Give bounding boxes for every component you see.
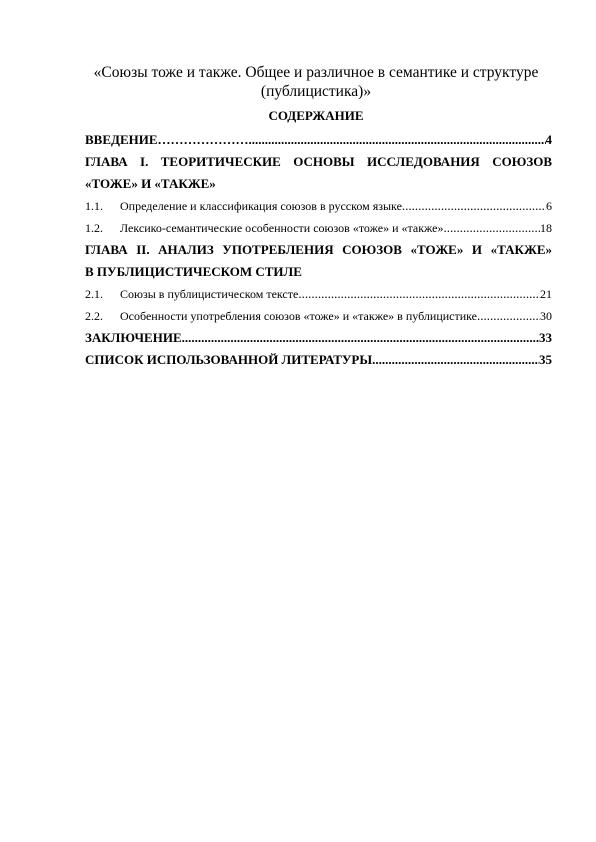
toc-entry-label: В ПУБЛИЦИСТИЧЕСКОМ СТИЛЕ bbox=[85, 261, 302, 283]
toc-leader-dots bbox=[444, 217, 540, 239]
toc-leader-dots bbox=[402, 195, 546, 217]
toc-page-number: 30 bbox=[540, 305, 552, 327]
title-line-2: (публицистика)» bbox=[80, 82, 552, 101]
toc-leader-dots bbox=[249, 129, 546, 151]
toc-entry-2-1[interactable]: 2.1. Союзы в публицистическом тексте 21 bbox=[85, 283, 552, 305]
toc-entry-label: СПИСОК ИСПОЛЬЗОВАННОЙ ЛИТЕРАТУРЫ bbox=[85, 349, 372, 371]
toc-entry-label: «ТОЖЕ» И «ТАКЖЕ» bbox=[85, 173, 216, 195]
toc-leader-dots bbox=[298, 283, 540, 305]
document-title: «Союзы тоже и также. Общее и различное в… bbox=[80, 63, 552, 101]
toc-entry-number: 1.1. bbox=[85, 195, 120, 217]
toc-page-number: 21 bbox=[540, 283, 552, 305]
toc-entry-1-1[interactable]: 1.1. Определение и классификация союзов … bbox=[85, 195, 552, 217]
toc-entry-label: ВВЕДЕНИЕ………………… bbox=[85, 129, 249, 151]
toc-page-number: 35 bbox=[539, 349, 552, 371]
toc-entry-conclusion[interactable]: ЗАКЛЮЧЕНИЕ 33 bbox=[85, 327, 552, 349]
toc-leader-dots bbox=[372, 349, 539, 371]
toc-entry-chapter-1[interactable]: ГЛАВА I. ТЕОРИТИЧЕСКИЕ ОСНОВЫ ИССЛЕДОВАН… bbox=[85, 151, 552, 173]
contents-heading: СОДЕРЖАНИЕ bbox=[80, 108, 552, 124]
toc-page-number: 33 bbox=[539, 327, 552, 349]
toc-page-number: 4 bbox=[546, 129, 553, 151]
toc-entry-number: 2.2. bbox=[85, 305, 120, 327]
toc-entry-label: ЗАКЛЮЧЕНИЕ bbox=[85, 327, 182, 349]
toc-entry-1-2[interactable]: 1.2. Лексико-семантические особенности с… bbox=[85, 217, 552, 239]
toc-entry-number: 2.1. bbox=[85, 283, 120, 305]
toc-page-number: 6 bbox=[546, 195, 552, 217]
toc-entry-number: 1.2. bbox=[85, 217, 120, 239]
toc-page-number: 18 bbox=[540, 217, 552, 239]
toc-leader-dots bbox=[182, 327, 539, 349]
toc-entry-label: Лексико-семантические особенности союзов… bbox=[120, 217, 444, 239]
toc-entry-label: Особенности употребления союзов «тоже» и… bbox=[120, 305, 477, 327]
toc-entry-2-2[interactable]: 2.2. Особенности употребления союзов «то… bbox=[85, 305, 552, 327]
toc-entry-chapter-1-cont[interactable]: «ТОЖЕ» И «ТАКЖЕ» bbox=[85, 173, 552, 195]
toc-entry-label: ГЛАВА II. АНАЛИЗ УПОТРЕБЛЕНИЯ СОЮЗОВ «ТО… bbox=[85, 242, 552, 257]
toc-leader-dots bbox=[477, 305, 540, 327]
toc-entry-label: Союзы в публицистическом тексте bbox=[120, 283, 298, 305]
toc-entry-chapter-2-cont[interactable]: В ПУБЛИЦИСТИЧЕСКОМ СТИЛЕ bbox=[85, 261, 552, 283]
document-page: «Союзы тоже и также. Общее и различное в… bbox=[0, 0, 596, 842]
table-of-contents: ВВЕДЕНИЕ………………… 4 ГЛАВА I. ТЕОРИТИЧЕСКИЕ… bbox=[85, 129, 552, 371]
toc-entry-introduction[interactable]: ВВЕДЕНИЕ………………… 4 bbox=[85, 129, 552, 151]
toc-entry-bibliography[interactable]: СПИСОК ИСПОЛЬЗОВАННОЙ ЛИТЕРАТУРЫ 35 bbox=[85, 349, 552, 371]
toc-entry-label: ГЛАВА I. ТЕОРИТИЧЕСКИЕ ОСНОВЫ ИССЛЕДОВАН… bbox=[85, 154, 552, 169]
title-line-1: «Союзы тоже и также. Общее и различное в… bbox=[80, 63, 552, 82]
toc-entry-chapter-2[interactable]: ГЛАВА II. АНАЛИЗ УПОТРЕБЛЕНИЯ СОЮЗОВ «ТО… bbox=[85, 239, 552, 261]
toc-entry-label: Определение и классификация союзов в рус… bbox=[120, 195, 402, 217]
